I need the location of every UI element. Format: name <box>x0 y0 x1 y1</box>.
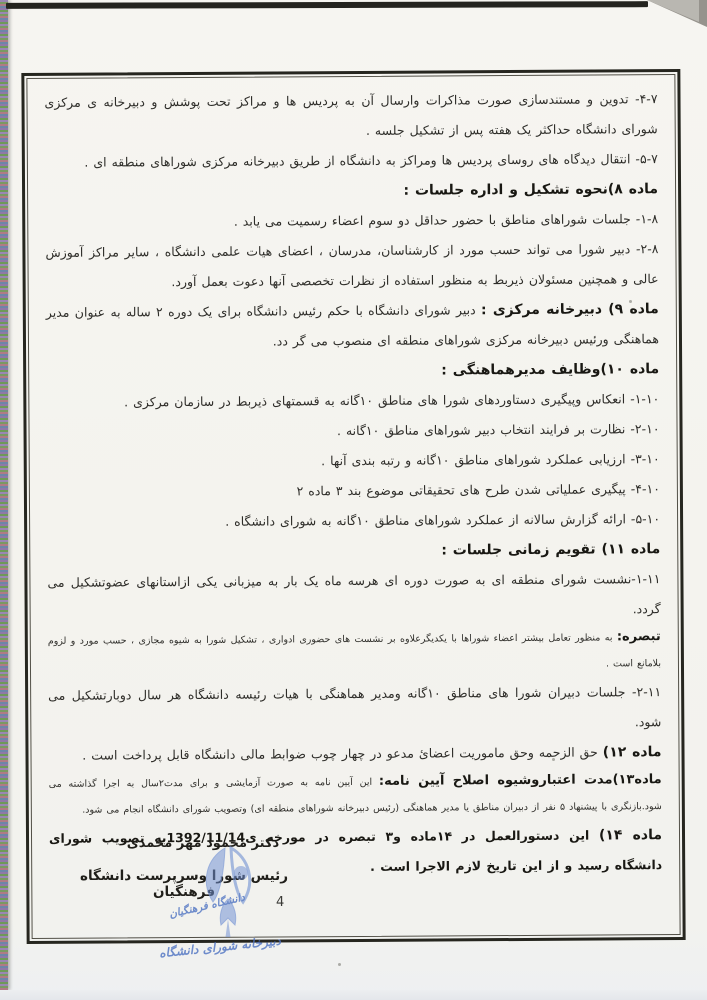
scanned-document-page: ۴-۷- تدوین و مستندسازی صورت مذاکرات وارس… <box>0 0 707 1000</box>
document-paragraph: ماده ۱۱) تقویم زمانی جلسات : <box>47 534 660 568</box>
document-paragraph: ۴-۷- تدوین و مستندسازی صورت مذاکرات وارس… <box>44 84 657 148</box>
article-heading: ماده ۱۲) <box>603 744 662 760</box>
paragraph-text: ۱-۱۰- انعکاس وپیگیری دستاوردهای شورا های… <box>124 391 659 409</box>
article-heading: ماده ۱۰)وظایف مدیرهماهنگی : <box>441 361 659 378</box>
document-paragraph: ۴-۱۰- پیگیری عملیاتی شدن طرح های تحقیقات… <box>47 474 660 508</box>
document-paragraph: ۲-۱۱- جلسات دبیران شورا های مناطق ۱۰گانه… <box>48 677 661 741</box>
paragraph-text: ۱-۸- جلسات شوراهای مناطق با حضور حداقل د… <box>234 211 659 229</box>
paragraph-text: ۴-۱۰- پیگیری عملیاتی شدن طرح های تحقیقات… <box>297 481 660 498</box>
paragraph-text: ۴-۷- تدوین و مستندسازی صورت مذاکرات وارس… <box>44 91 657 138</box>
document-frame-wrapper: ۴-۷- تدوین و مستندسازی صورت مذاکرات وارس… <box>21 69 685 944</box>
document-paragraph: ۱-۱۱-نشست شورای منطقه ای به صورت دوره ای… <box>47 564 660 628</box>
paragraph-text: ۵-۱۰- ارائه گزارش سالانه از عملکرد شوراه… <box>225 511 660 529</box>
document-paragraph: ۵-۷- انتقال دیدگاه های روسای پردیس ها وم… <box>45 144 658 178</box>
article-heading: ماده ۹) دبیرخانه مرکزی : <box>481 301 659 318</box>
article-heading: ماده ۱۱) تقویم زمانی جلسات : <box>441 541 660 558</box>
scan-speck <box>338 963 341 966</box>
signatory-name: دکتر محمود مهر محمدی <box>118 836 288 851</box>
document-paragraph: ۲-۱۰- نظارت بر فرایند انتخاب دبیر شوراها… <box>46 414 659 448</box>
paragraph-text: ۲-۸- دبیر شورا می تواند حسب مورد از کارش… <box>45 241 658 289</box>
signatory-title: رئیس شورا وسرپرست دانشگاه فرهنگیان <box>56 868 312 900</box>
document-paragraph: ماده۱۳)مدت اعتباروشیوه اصلاح آیین نامه: … <box>49 767 662 824</box>
document-paragraph: تبصره: به منظور تعامل بیشتر اعضاء شوراها… <box>48 624 661 681</box>
article-heading: ماده ۱۴) <box>599 827 662 843</box>
document-paragraph: ۲-۸- دبیر شورا می تواند حسب مورد از کارش… <box>45 234 658 298</box>
paragraph-text: ۱-۱۱-نشست شورای منطقه ای به صورت دوره ای… <box>47 571 660 616</box>
article-heading: تبصره: <box>617 629 661 644</box>
paragraph-text: ۲-۱۱- جلسات دبیران شورا های مناطق ۱۰گانه… <box>48 684 661 729</box>
paragraph-text: حق الزحمه وحق ماموریت اعضائ مدعو در چهار… <box>82 744 603 762</box>
paragraph-text: به منظور تعامل بیشتر اعضاء شوراها با یکد… <box>48 632 661 669</box>
scan-corner-fold <box>647 0 707 27</box>
scan-edge-left <box>0 0 8 990</box>
document-paragraph: ۱-۱۰- انعکاس وپیگیری دستاوردهای شورا های… <box>46 384 659 418</box>
document-paragraph: ۵-۱۰- ارائه گزارش سالانه از عملکرد شوراه… <box>47 504 660 538</box>
article-heading: ماده۱۳)مدت اعتباروشیوه اصلاح آیین نامه: <box>379 772 662 789</box>
document-paragraph: ماده ۱۰)وظایف مدیرهماهنگی : <box>46 354 659 388</box>
paragraph-text: ۵-۷- انتقال دیدگاه های روسای پردیس ها وم… <box>84 151 658 170</box>
article-heading: ماده ۸)نحوه تشکیل و اداره جلسات : <box>403 181 658 199</box>
document-paragraph: ماده ۸)نحوه تشکیل و اداره جلسات : <box>45 174 658 208</box>
document-paragraph: ۳-۱۰- ارزیابی عملکرد شوراهای مناطق ۱۰گان… <box>47 444 660 478</box>
scan-edge-top <box>6 1 648 9</box>
document-paragraph: ۱-۸- جلسات شوراهای مناطق با حضور حداقل د… <box>45 204 658 238</box>
paragraph-text: ۲-۱۰- نظارت بر فرایند انتخاب دبیر شوراها… <box>337 421 660 438</box>
document-paragraph: ماده ۱۲) حق الزحمه وحق ماموریت اعضائ مدع… <box>48 737 661 771</box>
paragraph-text: ۳-۱۰- ارزیابی عملکرد شوراهای مناطق ۱۰گان… <box>321 451 660 468</box>
scan-edge-bottom <box>0 990 707 1000</box>
document-paragraph: ماده ۹) دبیرخانه مرکزی : دبیر شورای دانش… <box>46 294 659 358</box>
document-body: ۴-۷- تدوین و مستندسازی صورت مذاکرات وارس… <box>24 72 682 941</box>
